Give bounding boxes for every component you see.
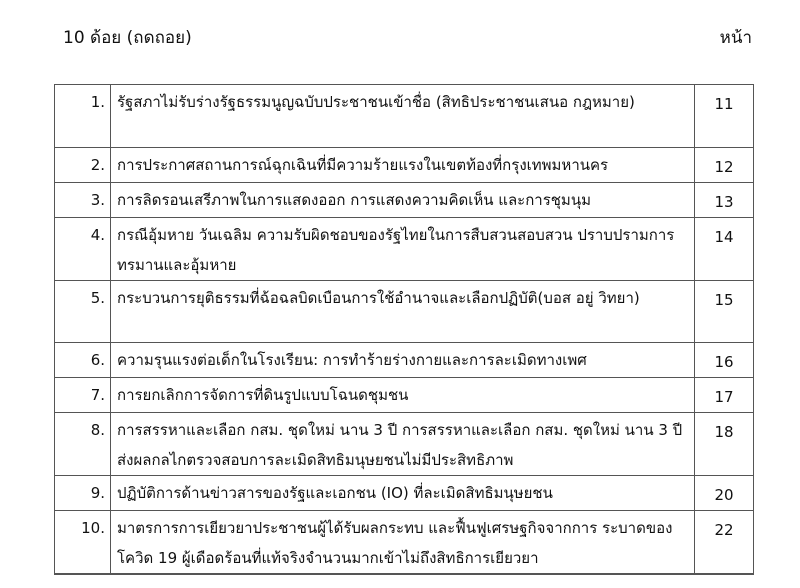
toc-row-title[interactable]: การลิดรอนเสรีภาพในการแสดงออก การแสดงความ… — [111, 183, 695, 218]
toc-row-title[interactable]: กรณีอุ้มหาย วันเฉลิม ความรับผิดชอบของรัฐ… — [111, 218, 695, 281]
toc-row-page[interactable]: 18 — [695, 413, 754, 476]
toc-row-title[interactable]: ความรุนแรงต่อเด็กในโรงเรียน: การทำร้ายร่… — [111, 343, 695, 378]
toc-row[interactable]: 7. การยกเลิกการจัดการที่ดินรูปแบบโฉนดชุม… — [55, 378, 754, 413]
toc-row[interactable]: 2. การประกาศสถานการณ์ฉุกเฉินที่มีความร้า… — [55, 148, 754, 183]
toc-row-number: 1. — [55, 85, 111, 148]
toc-row-page[interactable]: 22 — [695, 511, 754, 575]
toc-row-title[interactable]: การประกาศสถานการณ์ฉุกเฉินที่มีความร้ายแร… — [111, 148, 695, 183]
toc-row[interactable]: 3. การลิดรอนเสรีภาพในการแสดงออก การแสดงค… — [55, 183, 754, 218]
toc-row-page[interactable]: 12 — [695, 148, 754, 183]
toc-row[interactable]: 1. รัฐสภาไม่รับร่างรัฐธรรมนูญฉบับประชาชน… — [55, 85, 754, 148]
toc-row-page[interactable]: 20 — [695, 476, 754, 511]
toc-row-title[interactable]: การสรรหาและเลือก กสม. ชุดใหม่ นาน 3 ปี ก… — [111, 413, 695, 476]
toc-row-page[interactable]: 17 — [695, 378, 754, 413]
toc-row-number: 6. — [55, 343, 111, 378]
toc-row[interactable]: 6. ความรุนแรงต่อเด็กในโรงเรียน: การทำร้า… — [55, 343, 754, 378]
toc-row-title[interactable]: รัฐสภาไม่รับร่างรัฐธรรมนูญฉบับประชาชนเข้… — [111, 85, 695, 148]
toc-row-number: 2. — [55, 148, 111, 183]
toc-row-number: 5. — [55, 281, 111, 343]
toc-row[interactable]: 9. ปฏิบัติการด้านข่าวสารของรัฐและเอกชน (… — [55, 476, 754, 511]
toc-row-number: 3. — [55, 183, 111, 218]
toc-row-title[interactable]: การยกเลิกการจัดการที่ดินรูปแบบโฉนดชุมชน — [111, 378, 695, 413]
toc-row-page[interactable]: 13 — [695, 183, 754, 218]
toc-row-title[interactable]: มาตรการการเยียวยาประชาชนผู้ได้รับผลกระทบ… — [111, 511, 695, 575]
toc-row[interactable]: 5. กระบวนการยุติธรรมที่ฉ้อฉลบิดเบือนการใ… — [55, 281, 754, 343]
section-title: 10 ด้อย (ถดถอย) — [63, 24, 192, 51]
toc-row-number: 4. — [55, 218, 111, 281]
toc-row[interactable]: 10. มาตรการการเยียวยาประชาชนผู้ได้รับผลก… — [55, 511, 754, 575]
toc-row-number: 8. — [55, 413, 111, 476]
toc-row-title[interactable]: ปฏิบัติการด้านข่าวสารของรัฐและเอกชน (IO)… — [111, 476, 695, 511]
toc-row-title[interactable]: กระบวนการยุติธรรมที่ฉ้อฉลบิดเบือนการใช้อ… — [111, 281, 695, 343]
toc-row-page[interactable]: 16 — [695, 343, 754, 378]
toc-row[interactable]: 8. การสรรหาและเลือก กสม. ชุดใหม่ นาน 3 ป… — [55, 413, 754, 476]
toc-row-number: 7. — [55, 378, 111, 413]
toc-row-page[interactable]: 11 — [695, 85, 754, 148]
toc-row-page[interactable]: 15 — [695, 281, 754, 343]
page-column-label: หน้า — [720, 24, 752, 51]
toc-row-number: 9. — [55, 476, 111, 511]
toc-row-number: 10. — [55, 511, 111, 575]
toc-row[interactable]: 4. กรณีอุ้มหาย วันเฉลิม ความรับผิดชอบของ… — [55, 218, 754, 281]
table-of-contents: 1. รัฐสภาไม่รับร่างรัฐธรรมนูญฉบับประชาชน… — [54, 84, 754, 575]
toc-row-page[interactable]: 14 — [695, 218, 754, 281]
